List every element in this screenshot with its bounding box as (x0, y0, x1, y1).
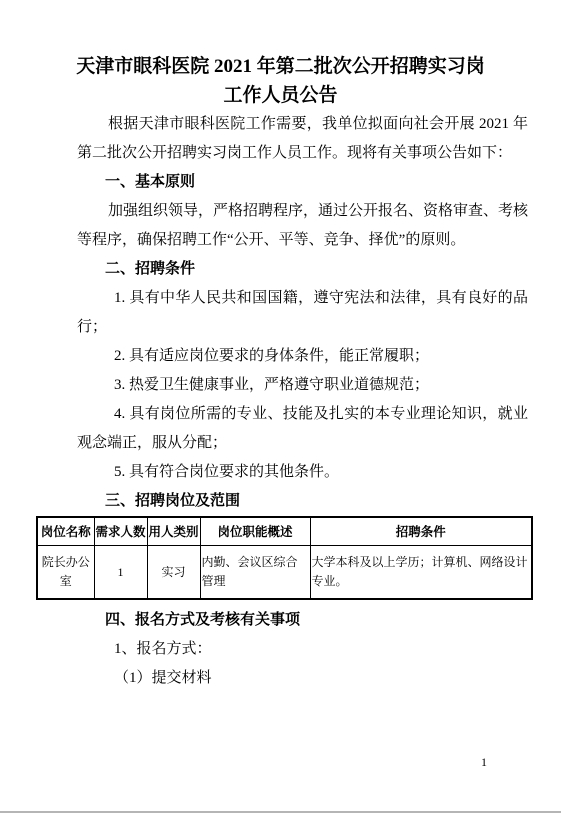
cell-duties: 内勤、会议区综合管理 (200, 546, 310, 600)
title-line-1: 天津市眼科医院 2021 年第二批次公开招聘实习岗 (0, 52, 561, 81)
column-header-headcount: 需求人数 (94, 517, 147, 546)
cell-headcount: 1 (94, 546, 147, 600)
section-4-heading: 四、报名方式及考核有关事项 (77, 606, 528, 635)
apply-method-item: 1、报名方式： (77, 635, 528, 664)
section-1-heading: 一、基本原则 (77, 168, 528, 197)
condition-item-2: 2. 具有适应岗位要求的身体条件，能正常履职； (77, 342, 528, 371)
document-page: 天津市眼科医院 2021 年第二批次公开招聘实习岗 工作人员公告 根据天津市眼科… (0, 0, 561, 821)
column-header-requirements: 招聘条件 (310, 517, 532, 546)
condition-item-5: 5. 具有符合岗位要求的其他条件。 (77, 458, 528, 487)
cell-category: 实习 (147, 546, 200, 600)
table-row: 院长办公室 1 实习 内勤、会议区综合管理 大学本科及以上学历；计算机、网络设计… (37, 546, 532, 600)
condition-item-3: 3. 热爱卫生健康事业，严格遵守职业道德规范； (77, 371, 528, 400)
positions-table: 岗位名称 需求人数 用人类别 岗位职能概述 招聘条件 院长办公室 1 实习 内勤… (36, 516, 533, 600)
column-header-duties: 岗位职能概述 (200, 517, 310, 546)
condition-item-4: 4. 具有岗位所需的专业、技能及扎实的本专业理论知识，就业观念端正，服从分配； (77, 400, 528, 458)
page-number: 1 (481, 754, 487, 770)
condition-item-1: 1. 具有中华人民共和国国籍，遵守宪法和法律，具有良好的品行； (77, 284, 528, 342)
column-header-position-name: 岗位名称 (37, 517, 94, 546)
cell-position-name: 院长办公室 (37, 546, 94, 600)
title-line-2: 工作人员公告 (0, 81, 561, 110)
intro-paragraph: 根据天津市眼科医院工作需要，我单位拟面向社会开展 2021 年第二批次公开招聘实… (77, 110, 528, 168)
document-body: 根据天津市眼科医院工作需要，我单位拟面向社会开展 2021 年第二批次公开招聘实… (77, 110, 528, 693)
submit-materials-item: （1）提交材料 (77, 664, 528, 693)
column-header-category: 用人类别 (147, 517, 200, 546)
page-bottom-edge (0, 811, 561, 813)
section-3-heading: 三、招聘岗位及范围 (77, 487, 528, 516)
document-title: 天津市眼科医院 2021 年第二批次公开招聘实习岗 工作人员公告 (0, 0, 561, 110)
table-header-row: 岗位名称 需求人数 用人类别 岗位职能概述 招聘条件 (37, 517, 532, 546)
section-1-body: 加强组织领导，严格招聘程序，通过公开报名、资格审查、考核等程序，确保招聘工作“公… (77, 197, 528, 255)
cell-requirements: 大学本科及以上学历；计算机、网络设计专业。 (310, 546, 532, 600)
section-2-heading: 二、招聘条件 (77, 255, 528, 284)
